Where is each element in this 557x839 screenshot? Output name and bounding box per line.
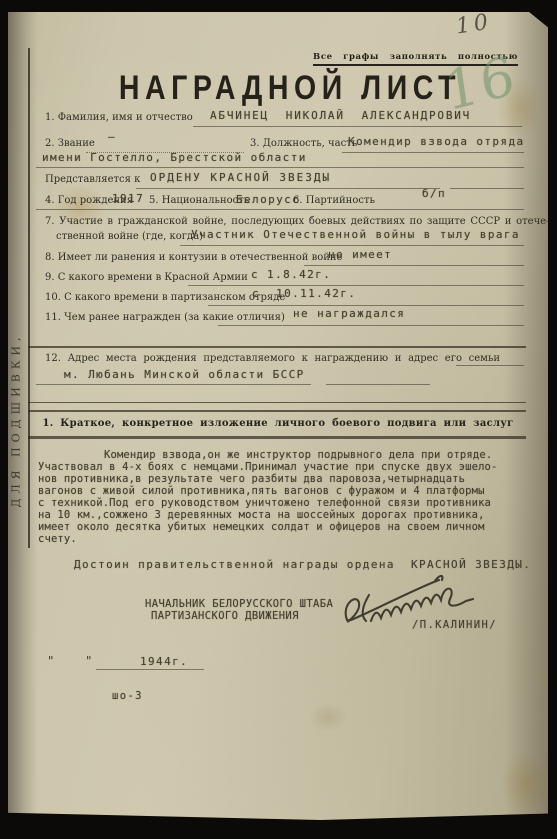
field-1-label: 1. Фамилия, имя и отчество <box>45 112 193 123</box>
paper-sheet: ДЛЯ ПОДШИВКИ, Все графы заполнять полнос… <box>8 12 548 820</box>
scanned-award-sheet: ДЛЯ ПОДШИВКИ, Все графы заполнять полнос… <box>0 0 557 839</box>
merit-line: на 10 км.,сожжено 3 деревянных моста на … <box>38 509 530 521</box>
underline <box>450 188 524 189</box>
paper-right-edge-shadow <box>504 12 548 820</box>
horizontal-rule-thick <box>28 410 526 412</box>
merit-line: с техникой.Под его руководством уничтоже… <box>38 497 530 509</box>
underline <box>218 325 524 326</box>
signer-title-line1: НАЧАЛЬНИК БЕЛОРУССКОГО ШТАБА <box>145 598 333 610</box>
date-quote-close: " <box>86 654 92 668</box>
field-7-label-line1: 7. Участие в гражданской войне, последую… <box>45 216 548 227</box>
signer-title-line2: ПАРТИЗАНСКОГО ДВИЖЕНИЯ <box>151 610 299 622</box>
merit-line: Участвовал в 4-х боях с немцами.Принимал… <box>38 461 530 473</box>
underline <box>208 305 524 306</box>
merit-line: нов противника,в результате чего разбиты… <box>38 473 530 485</box>
merit-line: счету. <box>38 533 530 545</box>
underline <box>180 245 524 246</box>
handwritten-page-number: 10 <box>454 12 493 39</box>
field-11-value: не награждался <box>293 307 405 320</box>
field-12-value: м. Любань Минской области БССР <box>64 368 305 381</box>
field-1-value: АБЧИНЕЦ НИКОЛАЙ АЛЕКСАНДРОВИЧ <box>210 109 471 122</box>
paper-stain <box>308 702 348 732</box>
left-margin-rule <box>28 48 30 548</box>
field-6-value: б/п <box>422 187 446 200</box>
underline <box>36 209 524 210</box>
field-6-label: 6. Партийность <box>293 195 375 206</box>
field-7-value: Участник Отечественной войны в тылу враг… <box>191 228 520 241</box>
date-quote-open: " <box>48 654 54 668</box>
section-header: 1. Краткое, конкретное изложение личного… <box>8 418 548 429</box>
field-3-label: 3. Должность, часть <box>250 138 357 149</box>
field-8-label: 8. Имеет ли ранения и контузии в отечест… <box>45 252 342 263</box>
field-5-label: 5. Национальность <box>149 195 249 206</box>
field-12-label: 12. Адрес места рождения представляемого… <box>45 353 500 364</box>
horizontal-rule <box>28 402 526 403</box>
paper-stain <box>500 752 548 814</box>
underline <box>304 265 524 266</box>
underline <box>188 285 524 286</box>
award-verdict: Достоин правительственной награды ордена… <box>74 558 531 571</box>
merit-line: вагонов с живой силой противника,пять ва… <box>38 485 530 497</box>
field-4-value: 1917 <box>112 192 144 205</box>
field-8-value: не имеет <box>328 248 392 261</box>
underline <box>136 188 440 189</box>
field-5-value: Белорусс <box>236 193 300 206</box>
horizontal-rule-thick <box>28 436 526 439</box>
date-year: 1944г. <box>140 655 188 668</box>
horizontal-rule <box>28 346 526 348</box>
presented-for-label: Представляется к <box>45 174 140 185</box>
form-code: шо-3 <box>112 690 143 702</box>
underline <box>326 384 430 385</box>
presented-for-value: ОРДЕНУ КРАСНОЙ ЗВЕЗДЫ <box>150 171 331 184</box>
underline <box>36 384 311 385</box>
underline <box>342 152 524 153</box>
field-10-label: 10. С какого времени в партизанском отря… <box>45 292 285 303</box>
underline <box>456 365 524 366</box>
merit-line: Комендир взвода,он же инструктор подрывн… <box>38 449 530 461</box>
handwritten-signature <box>331 572 513 636</box>
document-title: НАГРАДНОЙ ЛИСТ <box>119 68 461 108</box>
field-9-value: с 1.8.42г. <box>251 268 331 281</box>
field-3-value-continued: имени Гостелло, Брестской области <box>42 151 307 164</box>
underline <box>96 669 204 670</box>
merit-line: имеет около десятка убитых немецких солд… <box>38 521 530 533</box>
field-9-label: 9. С какого времени в Красной Армии <box>45 272 248 283</box>
field-2-label: 2. Звание <box>45 138 95 149</box>
underline <box>193 126 522 127</box>
merit-description: Комендир взвода,он же инструктор подрывн… <box>38 449 530 545</box>
underline <box>36 167 524 168</box>
field-7-label-line2: ственной войне (где, когда) <box>56 231 203 242</box>
field-11-label: 11. Чем ранее награжден (за какие отличи… <box>45 312 285 323</box>
field-3-value: Комендир взвода отряда <box>348 135 525 148</box>
field-10-value: с 10.11.42г. <box>252 287 356 300</box>
field-2-value: — <box>108 130 116 143</box>
